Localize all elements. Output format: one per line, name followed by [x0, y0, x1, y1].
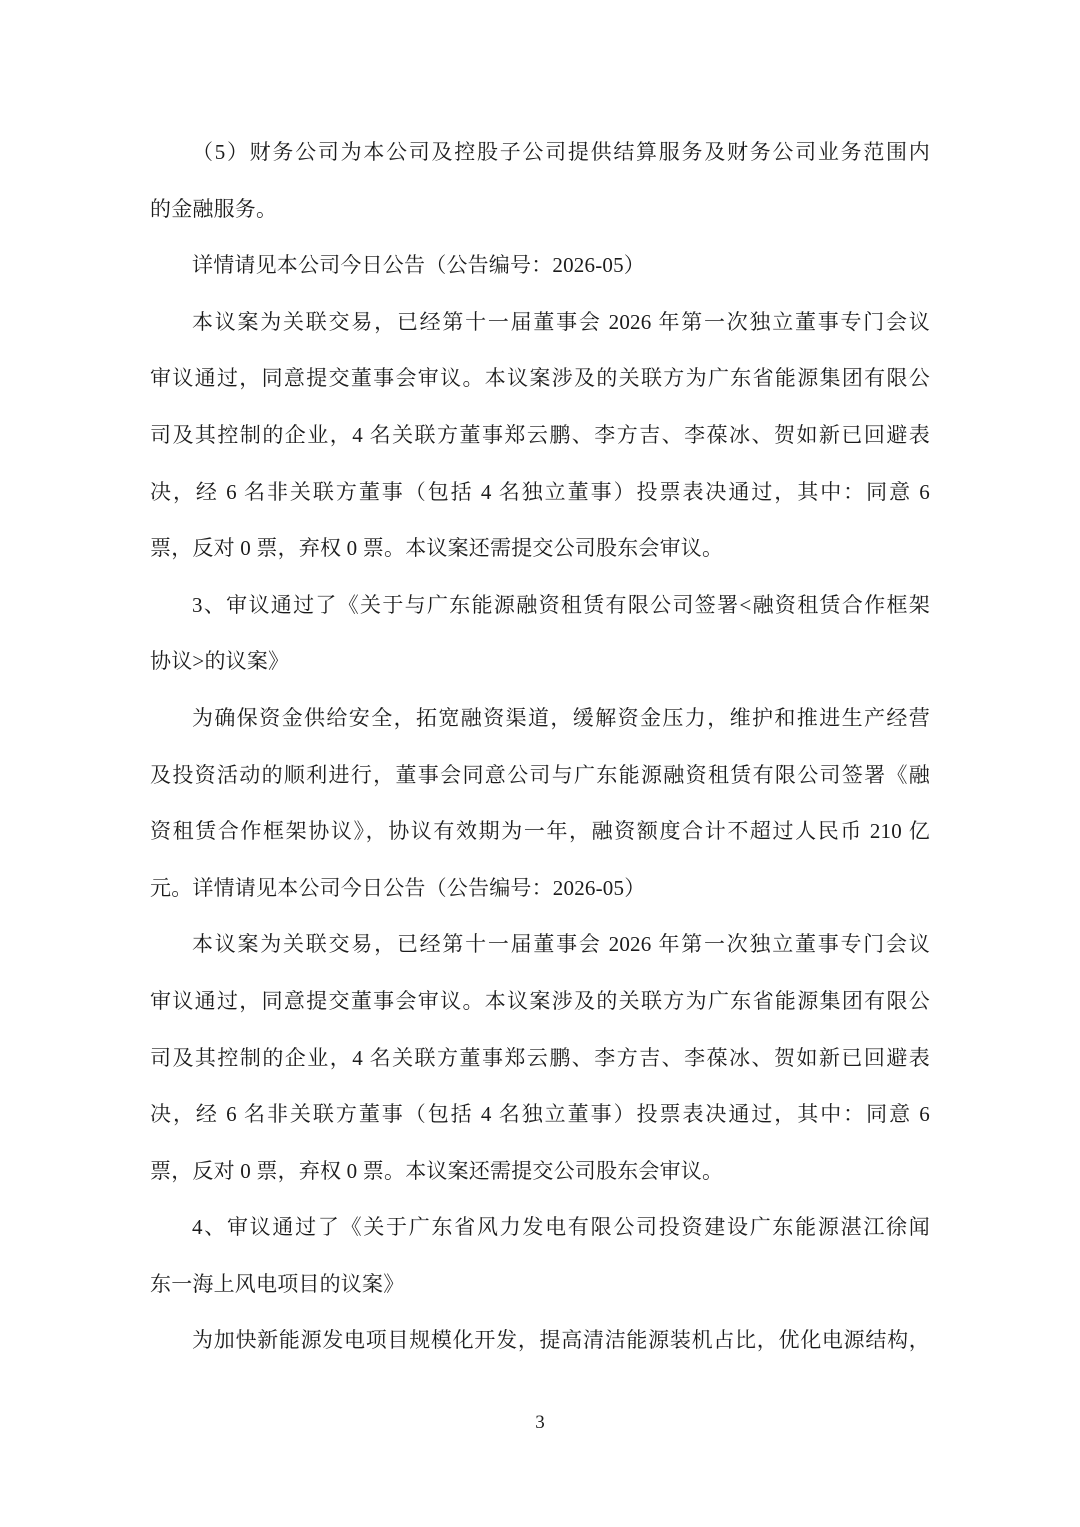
- text-line: （5）财务公司为本公司及控股子公司提供结算服务及财务公司业务范围内: [150, 124, 930, 181]
- page-number: 3: [0, 1408, 1080, 1438]
- text-line: 的金融服务。: [150, 181, 930, 238]
- text-line: 本议案为关联交易，已经第十一届董事会 2026 年第一次独立董事专门会议: [150, 294, 930, 351]
- text-line: 司及其控制的企业，4 名关联方董事郑云鹏、李方吉、李葆冰、贺如新已回避表: [150, 407, 930, 464]
- document-body: （5）财务公司为本公司及控股子公司提供结算服务及财务公司业务范围内 的金融服务。…: [150, 124, 930, 1369]
- text-line: 司及其控制的企业，4 名关联方董事郑云鹏、李方吉、李葆冰、贺如新已回避表: [150, 1030, 930, 1087]
- text-line: 本议案为关联交易，已经第十一届董事会 2026 年第一次独立董事专门会议: [150, 916, 930, 973]
- text-line: 决，经 6 名非关联方董事（包括 4 名独立董事）投票表决通过，其中：同意 6: [150, 1086, 930, 1143]
- text-line: 票，反对 0 票，弃权 0 票。本议案还需提交公司股东会审议。: [150, 520, 930, 577]
- text-line: 决，经 6 名非关联方董事（包括 4 名独立董事）投票表决通过，其中：同意 6: [150, 464, 930, 521]
- text-line: 3、审议通过了《关于与广东能源融资租赁有限公司签署<融资租赁合作框架: [150, 577, 930, 634]
- text-line: 审议通过，同意提交董事会审议。本议案涉及的关联方为广东省能源集团有限公: [150, 350, 930, 407]
- text-line: 协议>的议案》: [150, 633, 930, 690]
- text-line: 及投资活动的顺利进行，董事会同意公司与广东能源融资租赁有限公司签署《融: [150, 747, 930, 804]
- text-line: 元。详情请见本公司今日公告（公告编号：2026-05）: [150, 860, 930, 917]
- document-page: （5）财务公司为本公司及控股子公司提供结算服务及财务公司业务范围内 的金融服务。…: [0, 0, 1080, 1527]
- text-line: 为加快新能源发电项目规模化开发，提高清洁能源装机占比，优化电源结构，: [150, 1312, 930, 1369]
- text-line: 为确保资金供给安全，拓宽融资渠道，缓解资金压力，维护和推进生产经营: [150, 690, 930, 747]
- text-line: 审议通过，同意提交董事会审议。本议案涉及的关联方为广东省能源集团有限公: [150, 973, 930, 1030]
- text-line: 东一海上风电项目的议案》: [150, 1256, 930, 1313]
- text-line: 资租赁合作框架协议》，协议有效期为一年，融资额度合计不超过人民币 210 亿: [150, 803, 930, 860]
- text-line: 票，反对 0 票，弃权 0 票。本议案还需提交公司股东会审议。: [150, 1143, 930, 1200]
- text-line: 4、审议通过了《关于广东省风力发电有限公司投资建设广东能源湛江徐闻: [150, 1199, 930, 1256]
- text-line: 详情请见本公司今日公告（公告编号：2026-05）: [150, 237, 930, 294]
